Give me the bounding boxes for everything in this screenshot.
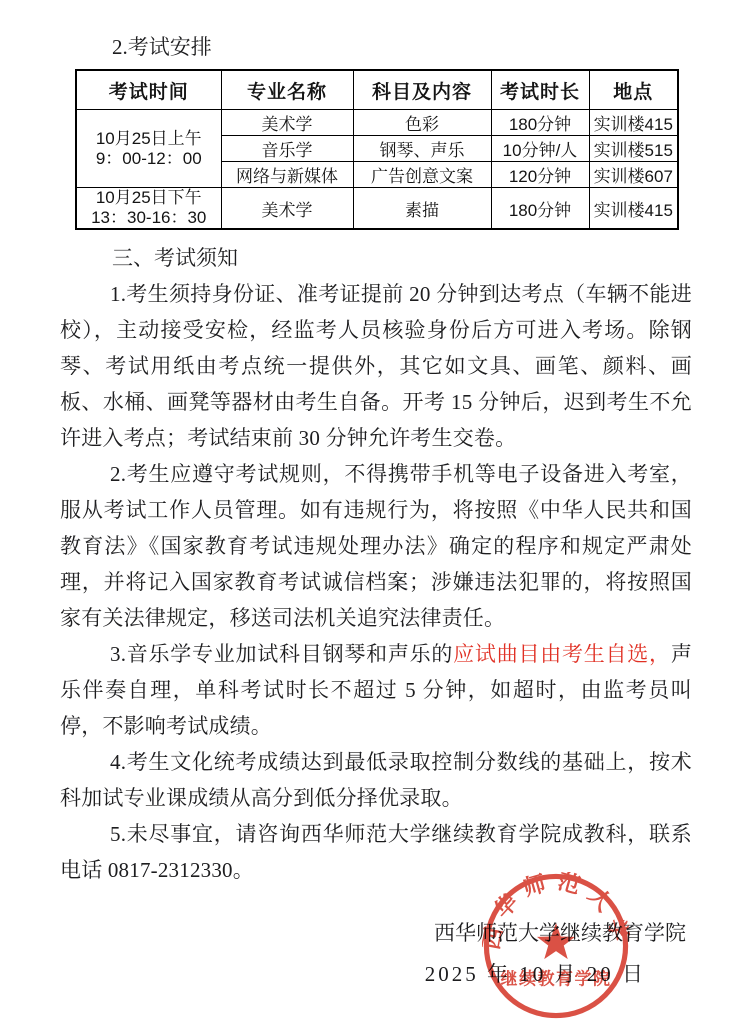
major-cell: 美术学 [221, 188, 353, 230]
signature-date: 2025 年 10 月 20 日 [60, 956, 692, 992]
major-cell: 网络与新媒体 [221, 162, 353, 188]
duration-cell: 180分钟 [491, 188, 589, 230]
note-3-before: 3.音乐学专业加试科目钢琴和声乐的 [110, 642, 453, 666]
subject-cell: 钢琴、声乐 [353, 136, 491, 162]
table-row: 10月25日上午 9：00-12：00 美术学 色彩 180分钟 实训楼415 [76, 110, 678, 136]
note-3-red-highlight: 应试曲目由考生自选， [453, 642, 671, 666]
table-header-row: 考试时间 专业名称 科目及内容 考试时长 地点 [76, 70, 678, 110]
table-row: 10月25日下午 13：30-16：30 美术学 素描 180分钟 实训楼415 [76, 188, 678, 230]
col-header-duration: 考试时长 [491, 70, 589, 110]
col-header-location: 地点 [589, 70, 678, 110]
location-cell: 实训楼415 [589, 110, 678, 136]
time-line1: 10月25日上午 [77, 129, 221, 149]
time-line2: 13：30-16：30 [77, 208, 221, 228]
location-cell: 实训楼515 [589, 136, 678, 162]
major-cell: 音乐学 [221, 136, 353, 162]
time-line2: 9：00-12：00 [77, 149, 221, 169]
col-header-subject: 科目及内容 [353, 70, 491, 110]
duration-cell: 120分钟 [491, 162, 589, 188]
note-4: 4.考生文化统考成绩达到最低录取控制分数线的基础上，按术科加试专业课成绩从高分到… [60, 744, 692, 816]
location-cell: 实训楼607 [589, 162, 678, 188]
section2-title: 2.考试安排 [60, 30, 692, 64]
col-header-time: 考试时间 [76, 70, 221, 110]
section3-title: 三、考试须知 [60, 240, 692, 276]
duration-cell: 180分钟 [491, 110, 589, 136]
location-cell: 实训楼415 [589, 188, 678, 230]
exam-schedule-table: 考试时间 专业名称 科目及内容 考试时长 地点 10月25日上午 9：00-12… [75, 69, 679, 230]
subject-cell: 色彩 [353, 110, 491, 136]
signature-organization: 西华师范大学继续教育学院 [60, 915, 692, 951]
col-header-major: 专业名称 [221, 70, 353, 110]
note-1: 1.考生须持身份证、准考证提前 20 分钟到达考点（车辆不能进校），主动接受安检… [60, 276, 692, 456]
note-5: 5.未尽事宜，请咨询西华师范大学继续教育学院成教科，联系电话 0817-2312… [60, 816, 692, 888]
note-3: 3.音乐学专业加试科目钢琴和声乐的应试曲目由考生自选，声乐伴奏自理，单科考试时长… [60, 636, 692, 744]
subject-cell: 素描 [353, 188, 491, 230]
duration-cell: 10分钟/人 [491, 136, 589, 162]
note-2: 2.考生应遵守考试规则，不得携带手机等电子设备进入考室，服从考试工作人员管理。如… [60, 456, 692, 636]
major-cell: 美术学 [221, 110, 353, 136]
time-cell-morning: 10月25日上午 9：00-12：00 [76, 110, 221, 188]
time-line1: 10月25日下午 [77, 188, 221, 208]
time-cell-afternoon: 10月25日下午 13：30-16：30 [76, 188, 221, 230]
subject-cell: 广告创意文案 [353, 162, 491, 188]
document-page: 2.考试安排 考试时间 专业名称 科目及内容 考试时长 地点 10月25日上午 … [0, 0, 752, 1028]
